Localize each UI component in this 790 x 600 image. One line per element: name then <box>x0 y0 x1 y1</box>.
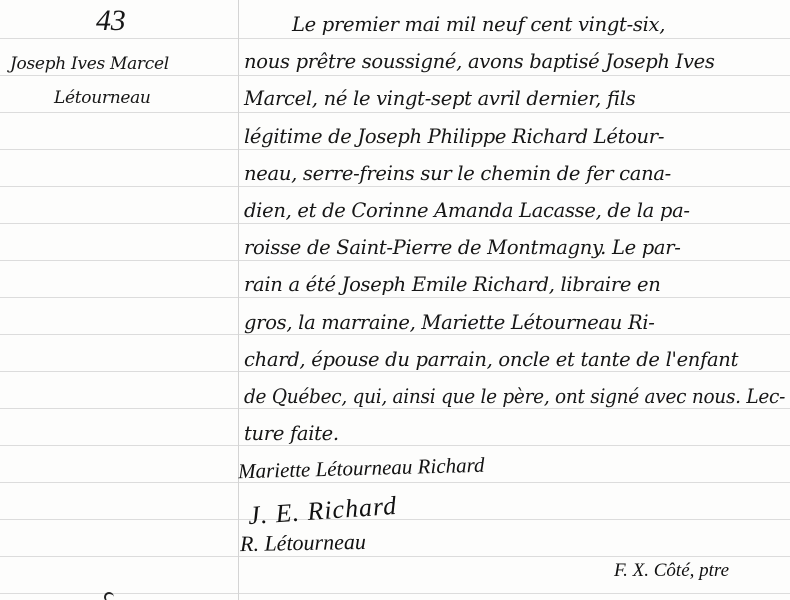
entry-body-line: gros, la marraine, Mariette Létourneau R… <box>244 310 655 336</box>
entry-body-line: Marcel, né le vingt-sept avril dernier, … <box>244 86 635 112</box>
signature-officiant: F. X. Côté, ptre <box>614 560 729 582</box>
margin-rule <box>238 0 239 600</box>
entry-body-line: neau, serre-freins sur le chemin de fer … <box>244 161 671 187</box>
signature-father: R. Létourneau <box>240 529 366 557</box>
margin-child-name-line-2: Létourneau <box>54 88 151 108</box>
margin-child-name-line-1: Joseph Ives Marcel <box>10 54 169 74</box>
ink-mark <box>104 592 114 600</box>
entry-body-line: rain a été Joseph Emile Richard, librair… <box>244 272 661 298</box>
entry-body-line: ture faite. <box>244 421 339 447</box>
entry-body-line: dien, et de Corinne Amanda Lacasse, de l… <box>244 198 690 224</box>
register-page: 43 Joseph Ives Marcel Létourneau Le prem… <box>0 0 790 600</box>
entry-body-line: roisse de Saint-Pierre de Montmagny. Le … <box>244 235 681 261</box>
entry-number: 43 <box>96 4 125 38</box>
entry-body-line: Le premier mai mil neuf cent vingt-six, <box>292 12 665 38</box>
entry-body-line: légitime de Joseph Philippe Richard Léto… <box>244 124 664 150</box>
entry-body-line: de Québec, qui, ainsi que le père, ont s… <box>244 384 785 410</box>
entry-body-line: chard, épouse du parrain, oncle et tante… <box>244 347 738 373</box>
entry-body-line: nous prêtre soussigné, avons baptisé Jos… <box>244 49 715 75</box>
